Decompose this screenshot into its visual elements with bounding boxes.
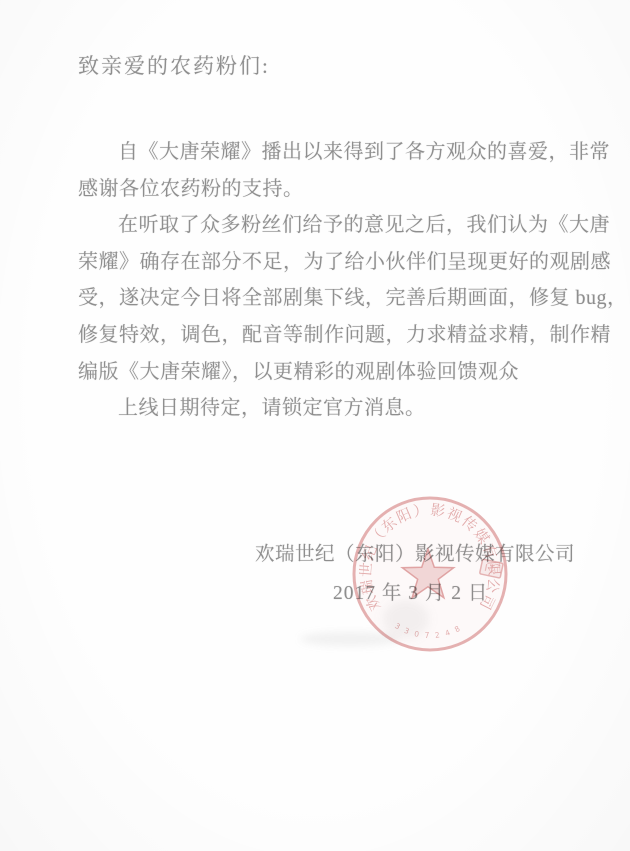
body-line: 修复特效，调色，配音等制作问题，力求精益求精，制作精 xyxy=(78,317,570,354)
body-line: 受，遂决定今日将全部剧集下线，完善后期画面，修复 bug， xyxy=(78,280,570,317)
body-line: 荣耀》确存在部分不足，为了给小伙伴们呈现更好的观剧感 xyxy=(78,244,570,281)
body-line: 自《大唐荣耀》播出以来得到了各方观众的喜爱，非常 xyxy=(78,134,570,171)
body-line: 在听取了众多粉丝们给予的意见之后，我们认为《大唐 xyxy=(78,207,570,244)
seal-code-box xyxy=(480,559,504,578)
official-seal-icon: 欢瑞世纪（东阳）影视传媒有限公司 3307248 xyxy=(345,489,515,659)
salutation: 致亲爱的农药粉们: xyxy=(78,50,270,80)
body-line: 编版《大唐荣耀》，以更精彩的观剧体验回馈观众 xyxy=(78,354,570,391)
body-line: 感谢各位农药粉的支持。 xyxy=(78,171,570,208)
letter-body: 自《大唐荣耀》播出以来得到了各方观众的喜爱，非常 感谢各位农药粉的支持。 在听取… xyxy=(78,134,570,427)
letter-page: 致亲爱的农药粉们: 自《大唐荣耀》播出以来得到了各方观众的喜爱，非常 感谢各位农… xyxy=(0,0,630,851)
body-line: 上线日期待定，请锁定官方消息。 xyxy=(78,390,570,427)
